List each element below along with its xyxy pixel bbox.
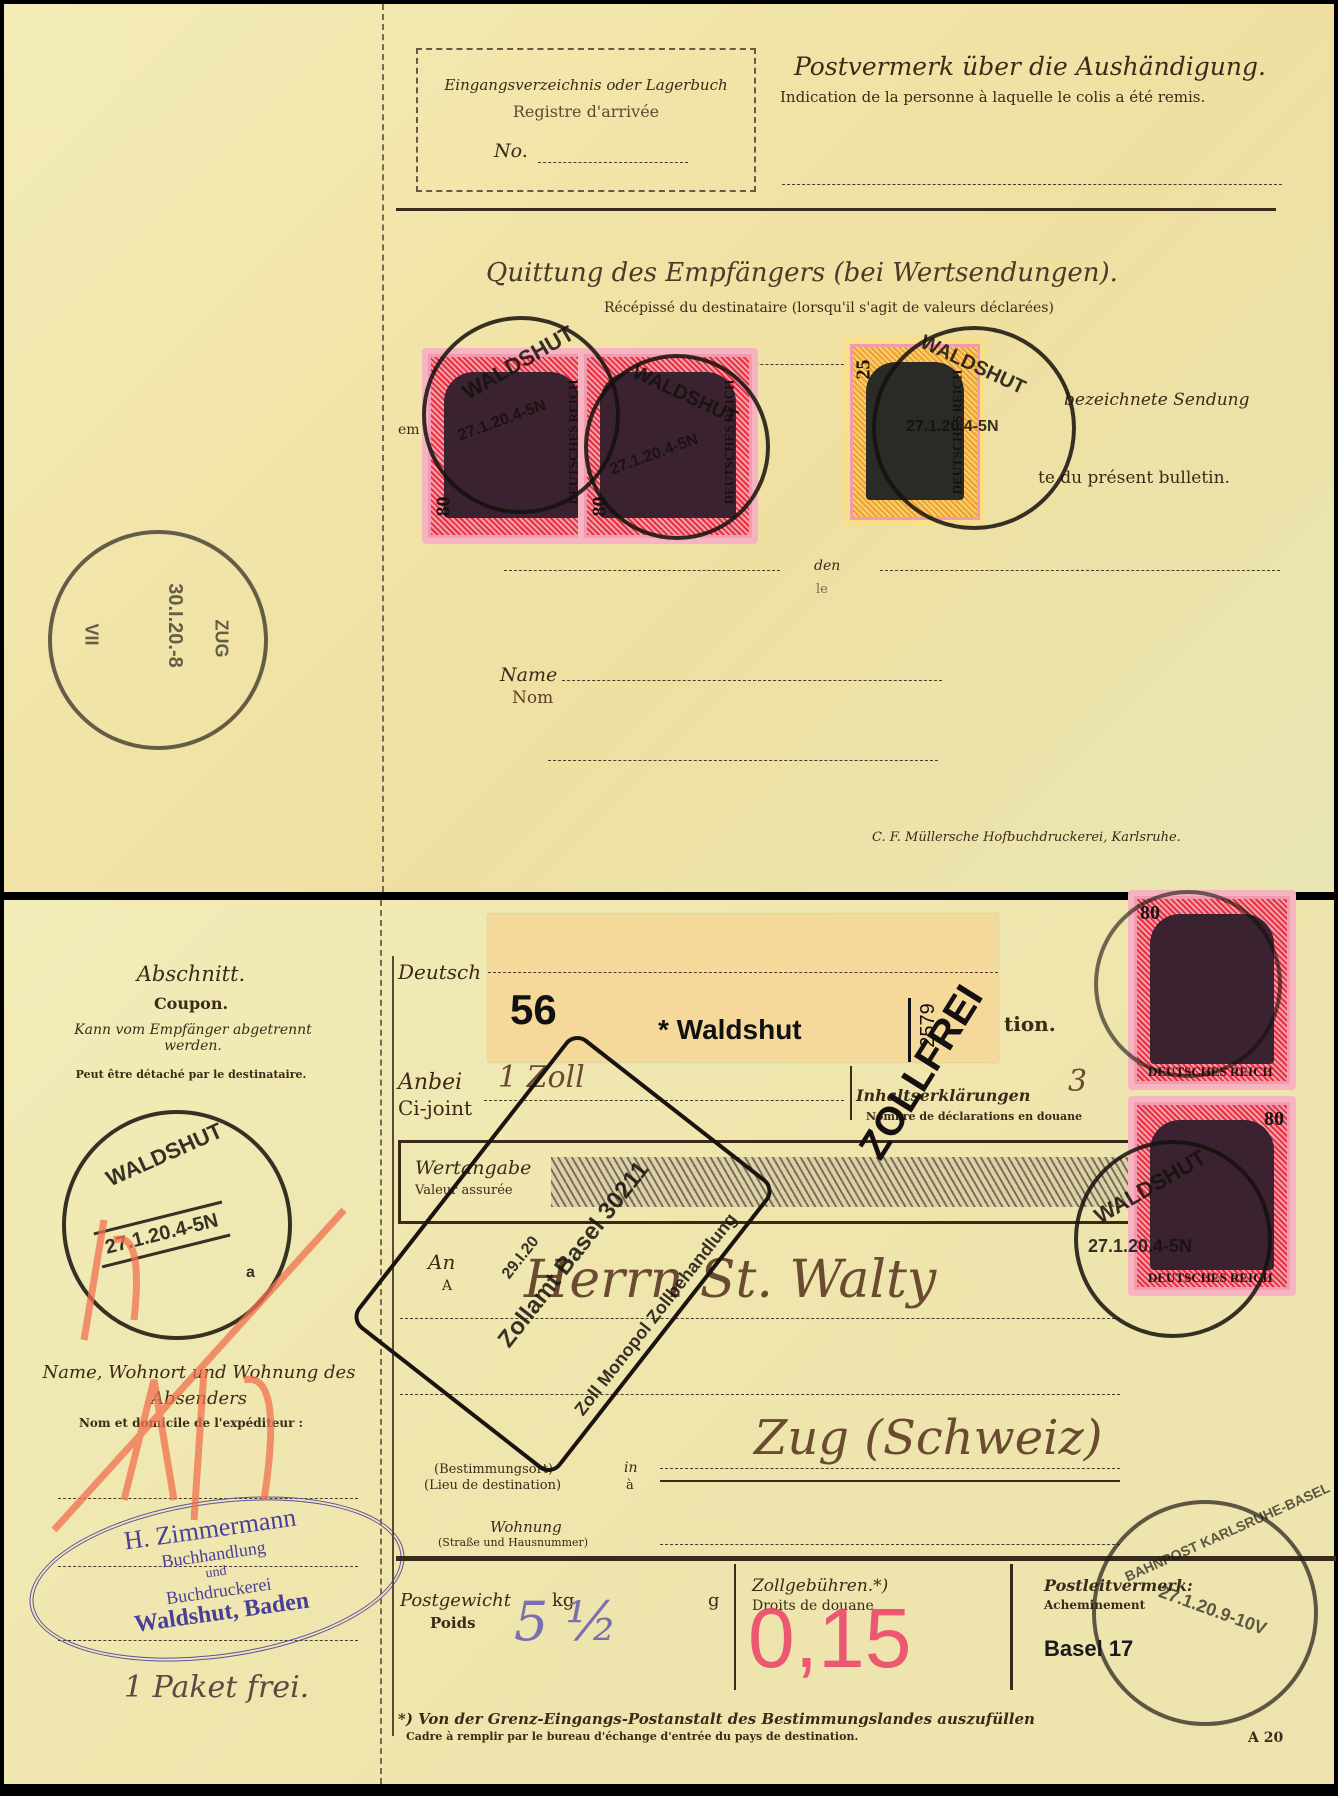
address-label-de: Wohnung: [490, 1518, 562, 1536]
name-label-fr: Nom: [512, 688, 553, 708]
parcel-card-front: Abschnitt. Coupon. Kann vom Empfänger ab…: [4, 900, 1334, 1784]
footnote-de: *) Von der Grenz-Eingangs-Postanstalt de…: [398, 1710, 1035, 1728]
printer-imprint: C. F. Müllersche Hofbuchdruckerei, Karls…: [872, 830, 1181, 845]
weight-label-de: Postgewicht: [400, 1590, 511, 1611]
section-divider: [396, 208, 1276, 211]
delivery-note-title-de: Postvermerk über die Aushändigung.: [794, 52, 1266, 81]
weight-label-fr: Poids: [430, 1614, 476, 1632]
form-code: A 20: [1248, 1730, 1283, 1746]
receipt-title-de: Quittung des Empfängers (bei Wertsendung…: [486, 258, 1118, 288]
register-number-field[interactable]: [538, 162, 688, 163]
parcel-card-back: Eingangsverzeichnis oder Lagerbuch Regis…: [4, 4, 1334, 892]
stamp-value: 80: [433, 497, 456, 517]
declarations-value[interactable]: 3: [1068, 1064, 1087, 1099]
delivery-note-title-fr: Indication de la personne à laquelle le …: [780, 88, 1205, 106]
signature-field[interactable]: [548, 760, 938, 761]
address-label-fr: (Straße und Hausnummer): [438, 1536, 588, 1549]
delivery-note-field[interactable]: [782, 184, 1282, 185]
postmark-waldshut: WALDSHUT 27.1.20.4-5N: [872, 326, 1076, 530]
destination-value[interactable]: Zug (Schweiz): [754, 1410, 1103, 1466]
destination-underline: [660, 1480, 1120, 1482]
register-title-de: Eingangsverzeichnis oder Lagerbuch: [418, 76, 754, 94]
parcel-number: 56: [510, 986, 557, 1034]
register-title-fr: Registre d'arrivée: [418, 102, 754, 121]
receipt-line2-prefix: em: [398, 422, 420, 438]
postmark-waldshut: [1094, 890, 1282, 1078]
receipt-line1-text: bezeichnete Sendung: [1064, 390, 1250, 410]
form-header-suffix: tion.: [1004, 1012, 1056, 1036]
coupon-title-fr: Coupon.: [4, 994, 378, 1013]
postmark-waldshut: WALDSHUT 27.1.20.4-5N: [1074, 1140, 1272, 1338]
destination-a: à: [626, 1478, 634, 1493]
stamp-value: 80: [1264, 1108, 1284, 1131]
receipt-le-label: le: [816, 582, 828, 597]
red-crayon-marks: [44, 1200, 364, 1560]
form-header-prefix: Deutsch: [398, 960, 481, 984]
coupon-title-de: Abschnitt.: [4, 962, 378, 986]
destination-in: in: [624, 1460, 638, 1476]
weight-value[interactable]: 5 ½: [514, 1590, 618, 1653]
perforation-line: [382, 4, 384, 892]
receipt-title-fr: Récépissé du destinataire (lorsqu'il s'a…: [604, 300, 1054, 316]
postmark-railway: BAHNPOST KARLSRUHE-BASEL 27.1.20.9-10V: [1092, 1500, 1318, 1726]
receipt-place-field[interactable]: [504, 570, 780, 571]
handwritten-note: 1 Paket frei.: [124, 1670, 309, 1705]
weight-g-unit: g: [708, 1590, 720, 1611]
destination-field-line: [660, 1468, 1120, 1469]
footnote-fr: Cadre à remplir par le bureau d'échange …: [406, 1730, 858, 1743]
destination-label-fr: (Lieu de destination): [424, 1478, 561, 1493]
register-number-label: No.: [494, 140, 528, 162]
origin-office: * Waldshut: [658, 1014, 802, 1046]
coupon-note-de: Kann vom Empfänger abgetrennt werden.: [68, 1022, 318, 1054]
receipt-line2-text: te du présent bulletin.: [1038, 468, 1230, 488]
postmark-waldshut: WALDSHUT 27.1.20.4-5N: [584, 354, 770, 540]
register-box: Eingangsverzeichnis oder Lagerbuch Regis…: [416, 48, 756, 192]
name-field[interactable]: [562, 680, 942, 681]
stamp-value: 25: [853, 360, 876, 380]
coupon-note-fr: Peut être détaché par le destinataire.: [4, 1068, 378, 1081]
street-address-field[interactable]: [660, 1544, 1120, 1545]
customs-fee-value[interactable]: 0,15: [748, 1590, 912, 1687]
enclosed-label-fr: Ci-joint: [398, 1096, 472, 1120]
name-label-de: Name: [500, 664, 557, 686]
enclosed-label-de: Anbei: [398, 1070, 462, 1095]
postmark-arrival-zug: 30.I.20.-8 VII ZUG: [48, 530, 268, 750]
receipt-date-field[interactable]: [880, 570, 1280, 571]
receipt-den-label: den: [814, 558, 840, 574]
